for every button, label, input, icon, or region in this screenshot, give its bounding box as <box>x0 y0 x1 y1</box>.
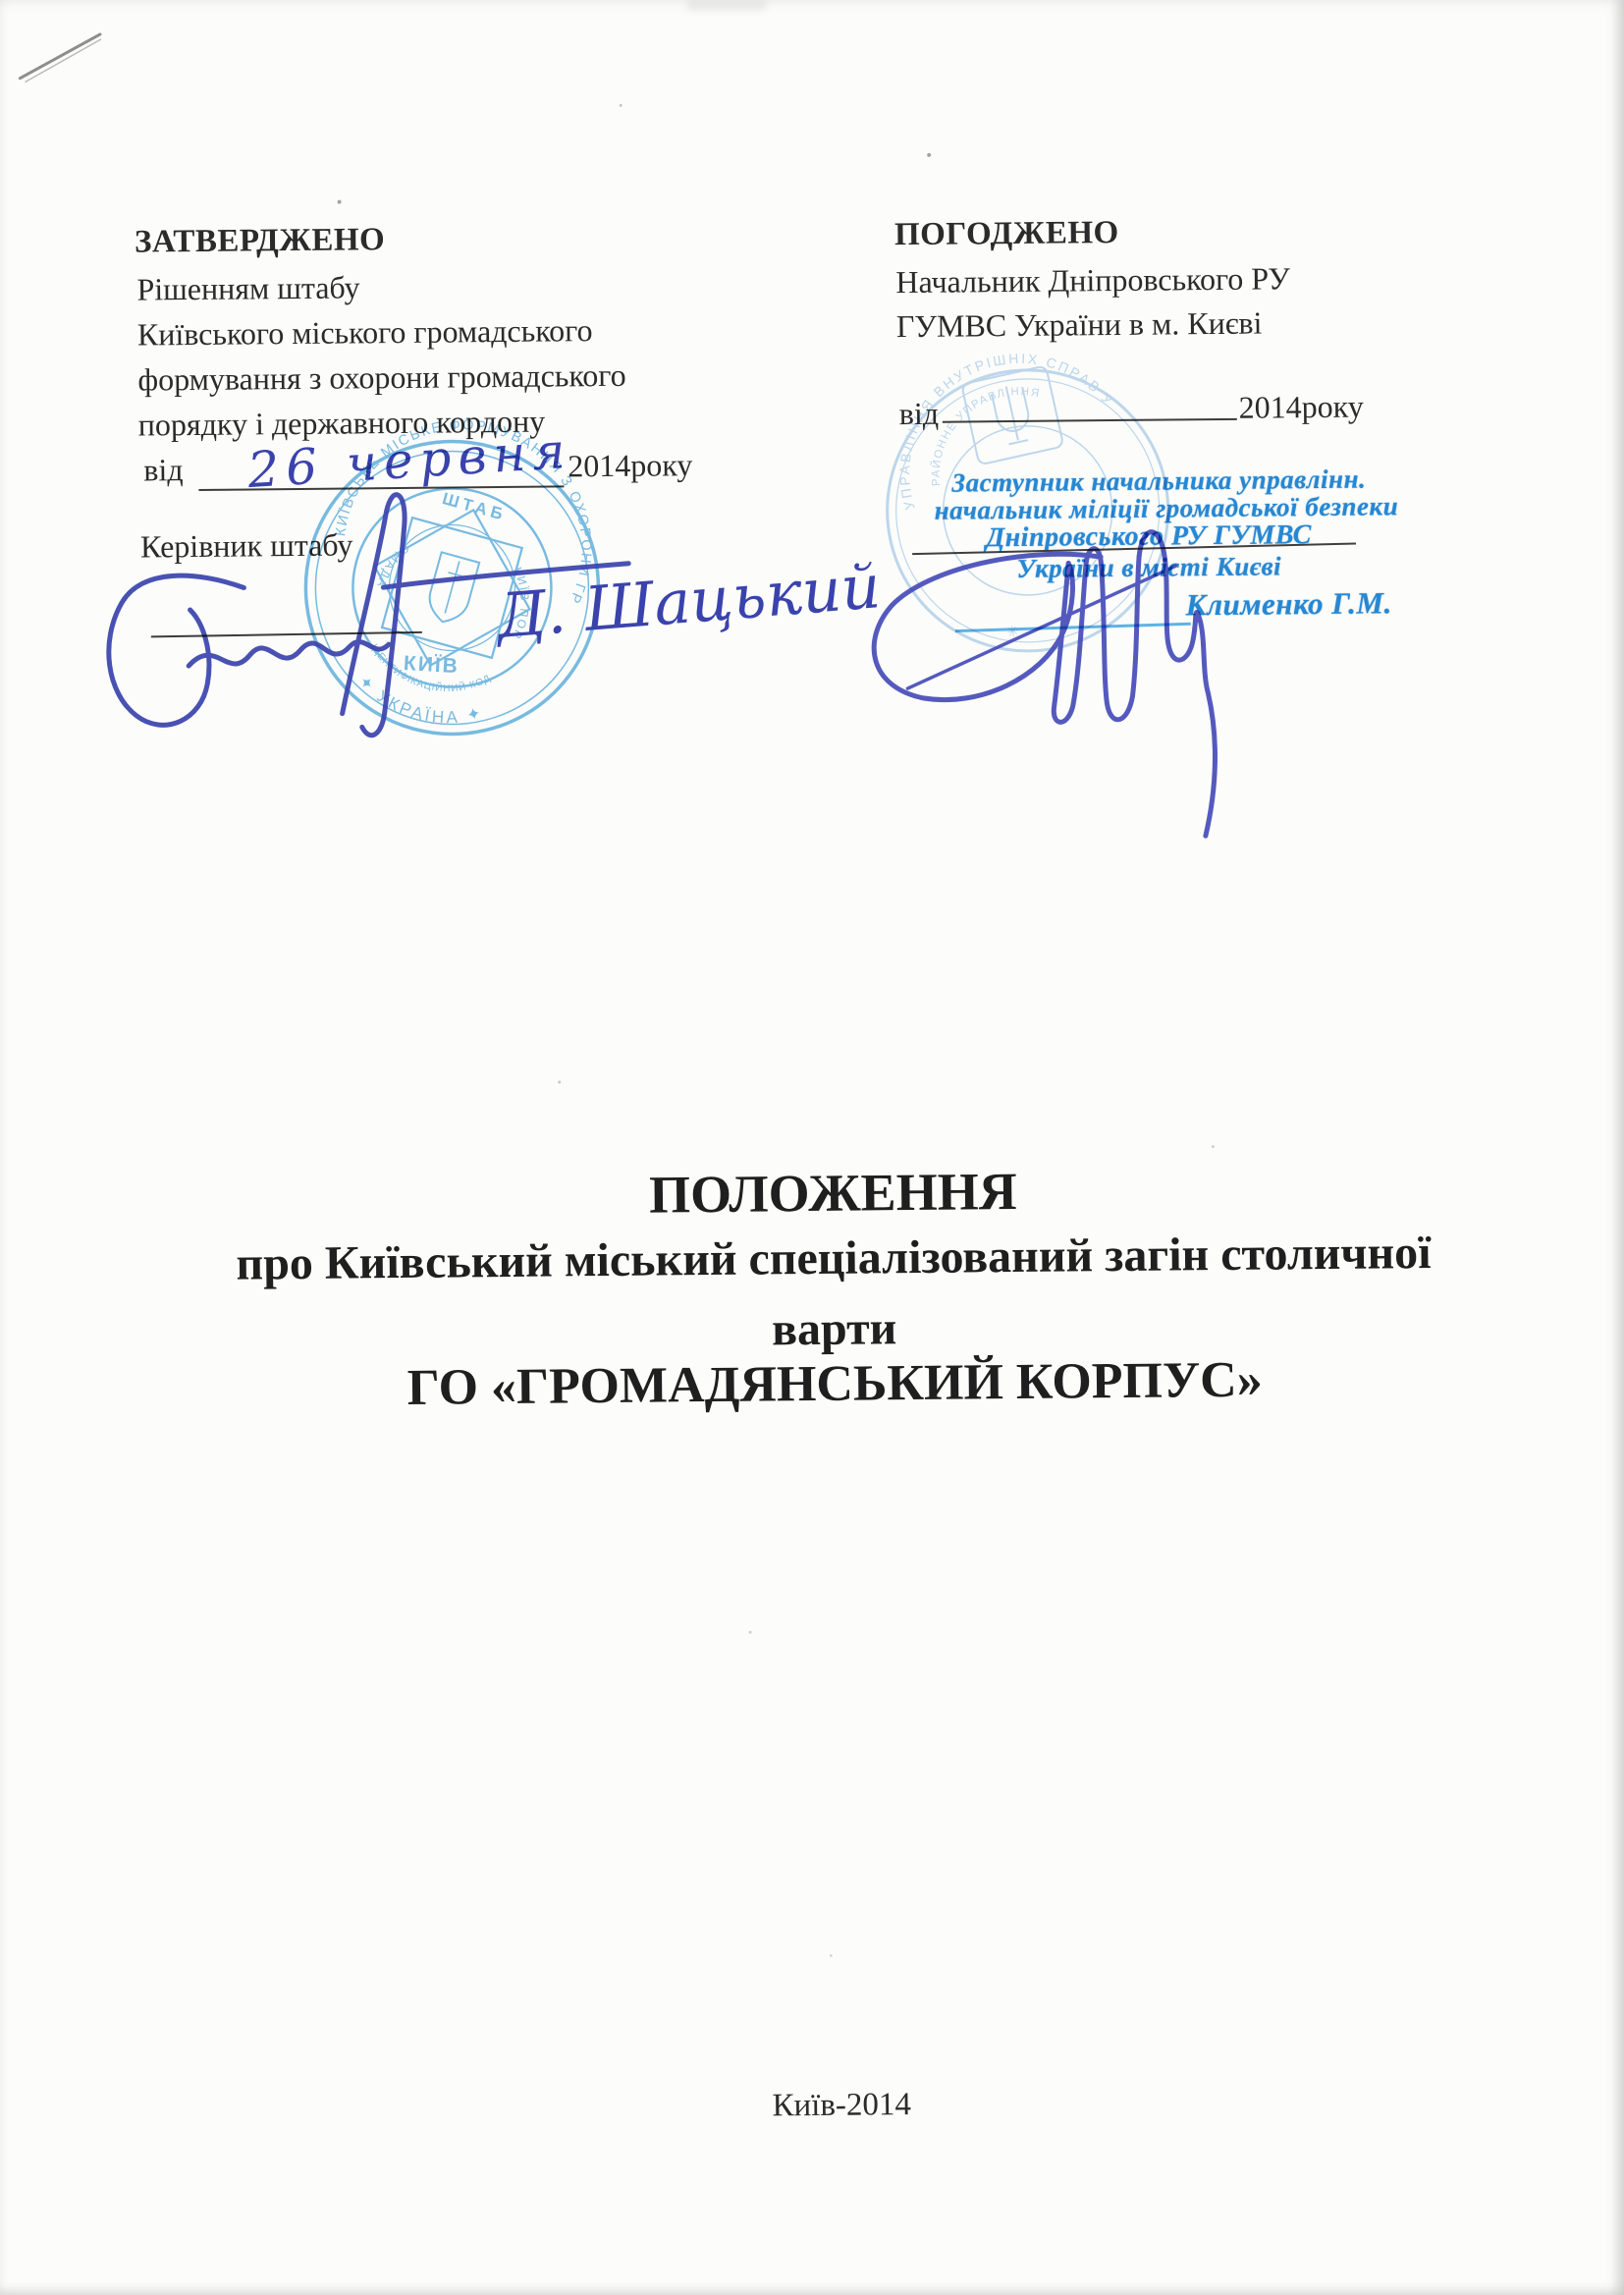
scan-speck <box>1212 1145 1215 1148</box>
officer-stamp-line: України в місті Києві <box>933 551 1365 585</box>
approved-line: формування з охорони громадського <box>137 355 626 400</box>
stamp-ring-text: КИЇВСЬКЕ МІСЬКЕ ФОРМУВАННЯ З ОХОРОНИ ГРО… <box>5 0 732 607</box>
approved-heading: ЗАТВЕРДЖЕНО <box>135 222 386 260</box>
scan-speck <box>620 104 623 107</box>
stamp-side-text: КИЇВ ПОР <box>493 563 544 643</box>
scan-speck <box>749 1631 752 1634</box>
scan-speck <box>338 200 342 204</box>
stamp-ring-text: ✦ УКРАЇНА ✦ <box>350 670 490 740</box>
agreed-date-underline <box>943 418 1237 423</box>
scanned-document-page: ЗАТВЕРДЖЕНО Рішенням штабу Київського мі… <box>0 0 1624 2295</box>
stamp-kyiv-word: КИЇВ <box>403 652 460 678</box>
stamp-trident-shield <box>961 365 1063 464</box>
document-title-line: ПОЛОЖЕННЯ <box>40 1155 1624 1230</box>
agreed-date-year: 2014року <box>1238 387 1363 427</box>
approved-signature-line <box>151 631 422 638</box>
scan-speck <box>927 153 931 157</box>
approved-line: Рішенням штабу <box>136 267 359 308</box>
stamp-inner-text: ІДЕНТИФІКАЦІЙНИЙ КОД <box>361 640 496 708</box>
pencil-mark <box>20 34 101 82</box>
stamp-side-text: ОМАДА <box>374 537 414 594</box>
stamp-shtab-label: ШТАБ <box>440 489 509 524</box>
scan-edge-shadow-right <box>1610 0 1624 2295</box>
document-title-line: про Київський міський спеціалізований за… <box>41 1224 1624 1292</box>
stamp-shield-emblem <box>424 552 480 627</box>
agreed-signature-name: Клименко Г.М. <box>1185 585 1391 623</box>
approved-signer-role: Керівник штабу <box>140 524 353 566</box>
scan-speck <box>830 1954 833 1957</box>
agreed-line: ГУМВС України в м. Києві <box>896 303 1263 347</box>
approved-line: Київського міського громадського <box>137 310 593 354</box>
stamp-octagram-star <box>352 489 551 687</box>
scan-smudge <box>687 0 766 10</box>
agreed-signature-underline <box>955 623 1191 632</box>
agreed-date-prefix: від <box>899 394 940 433</box>
approved-date-prefix: від <box>143 450 184 489</box>
approved-date-year: 2014року <box>568 445 692 485</box>
scan-tilt-wrapper: ЗАТВЕРДЖЕНО Рішенням штабу Київського мі… <box>0 0 1624 2295</box>
agreed-line: Начальник Дніпровського РУ <box>895 258 1290 301</box>
scan-speck <box>558 1080 561 1083</box>
scan-edge-shadow-bottom <box>0 2285 1624 2295</box>
agreed-heading: ПОГОДЖЕНО <box>894 215 1119 253</box>
stamp-star-glyph: ✳ <box>1005 623 1021 641</box>
footer-city-year: Київ-2014 <box>49 2080 1624 2131</box>
approved-signature-name: Д. Шацький <box>491 550 883 652</box>
